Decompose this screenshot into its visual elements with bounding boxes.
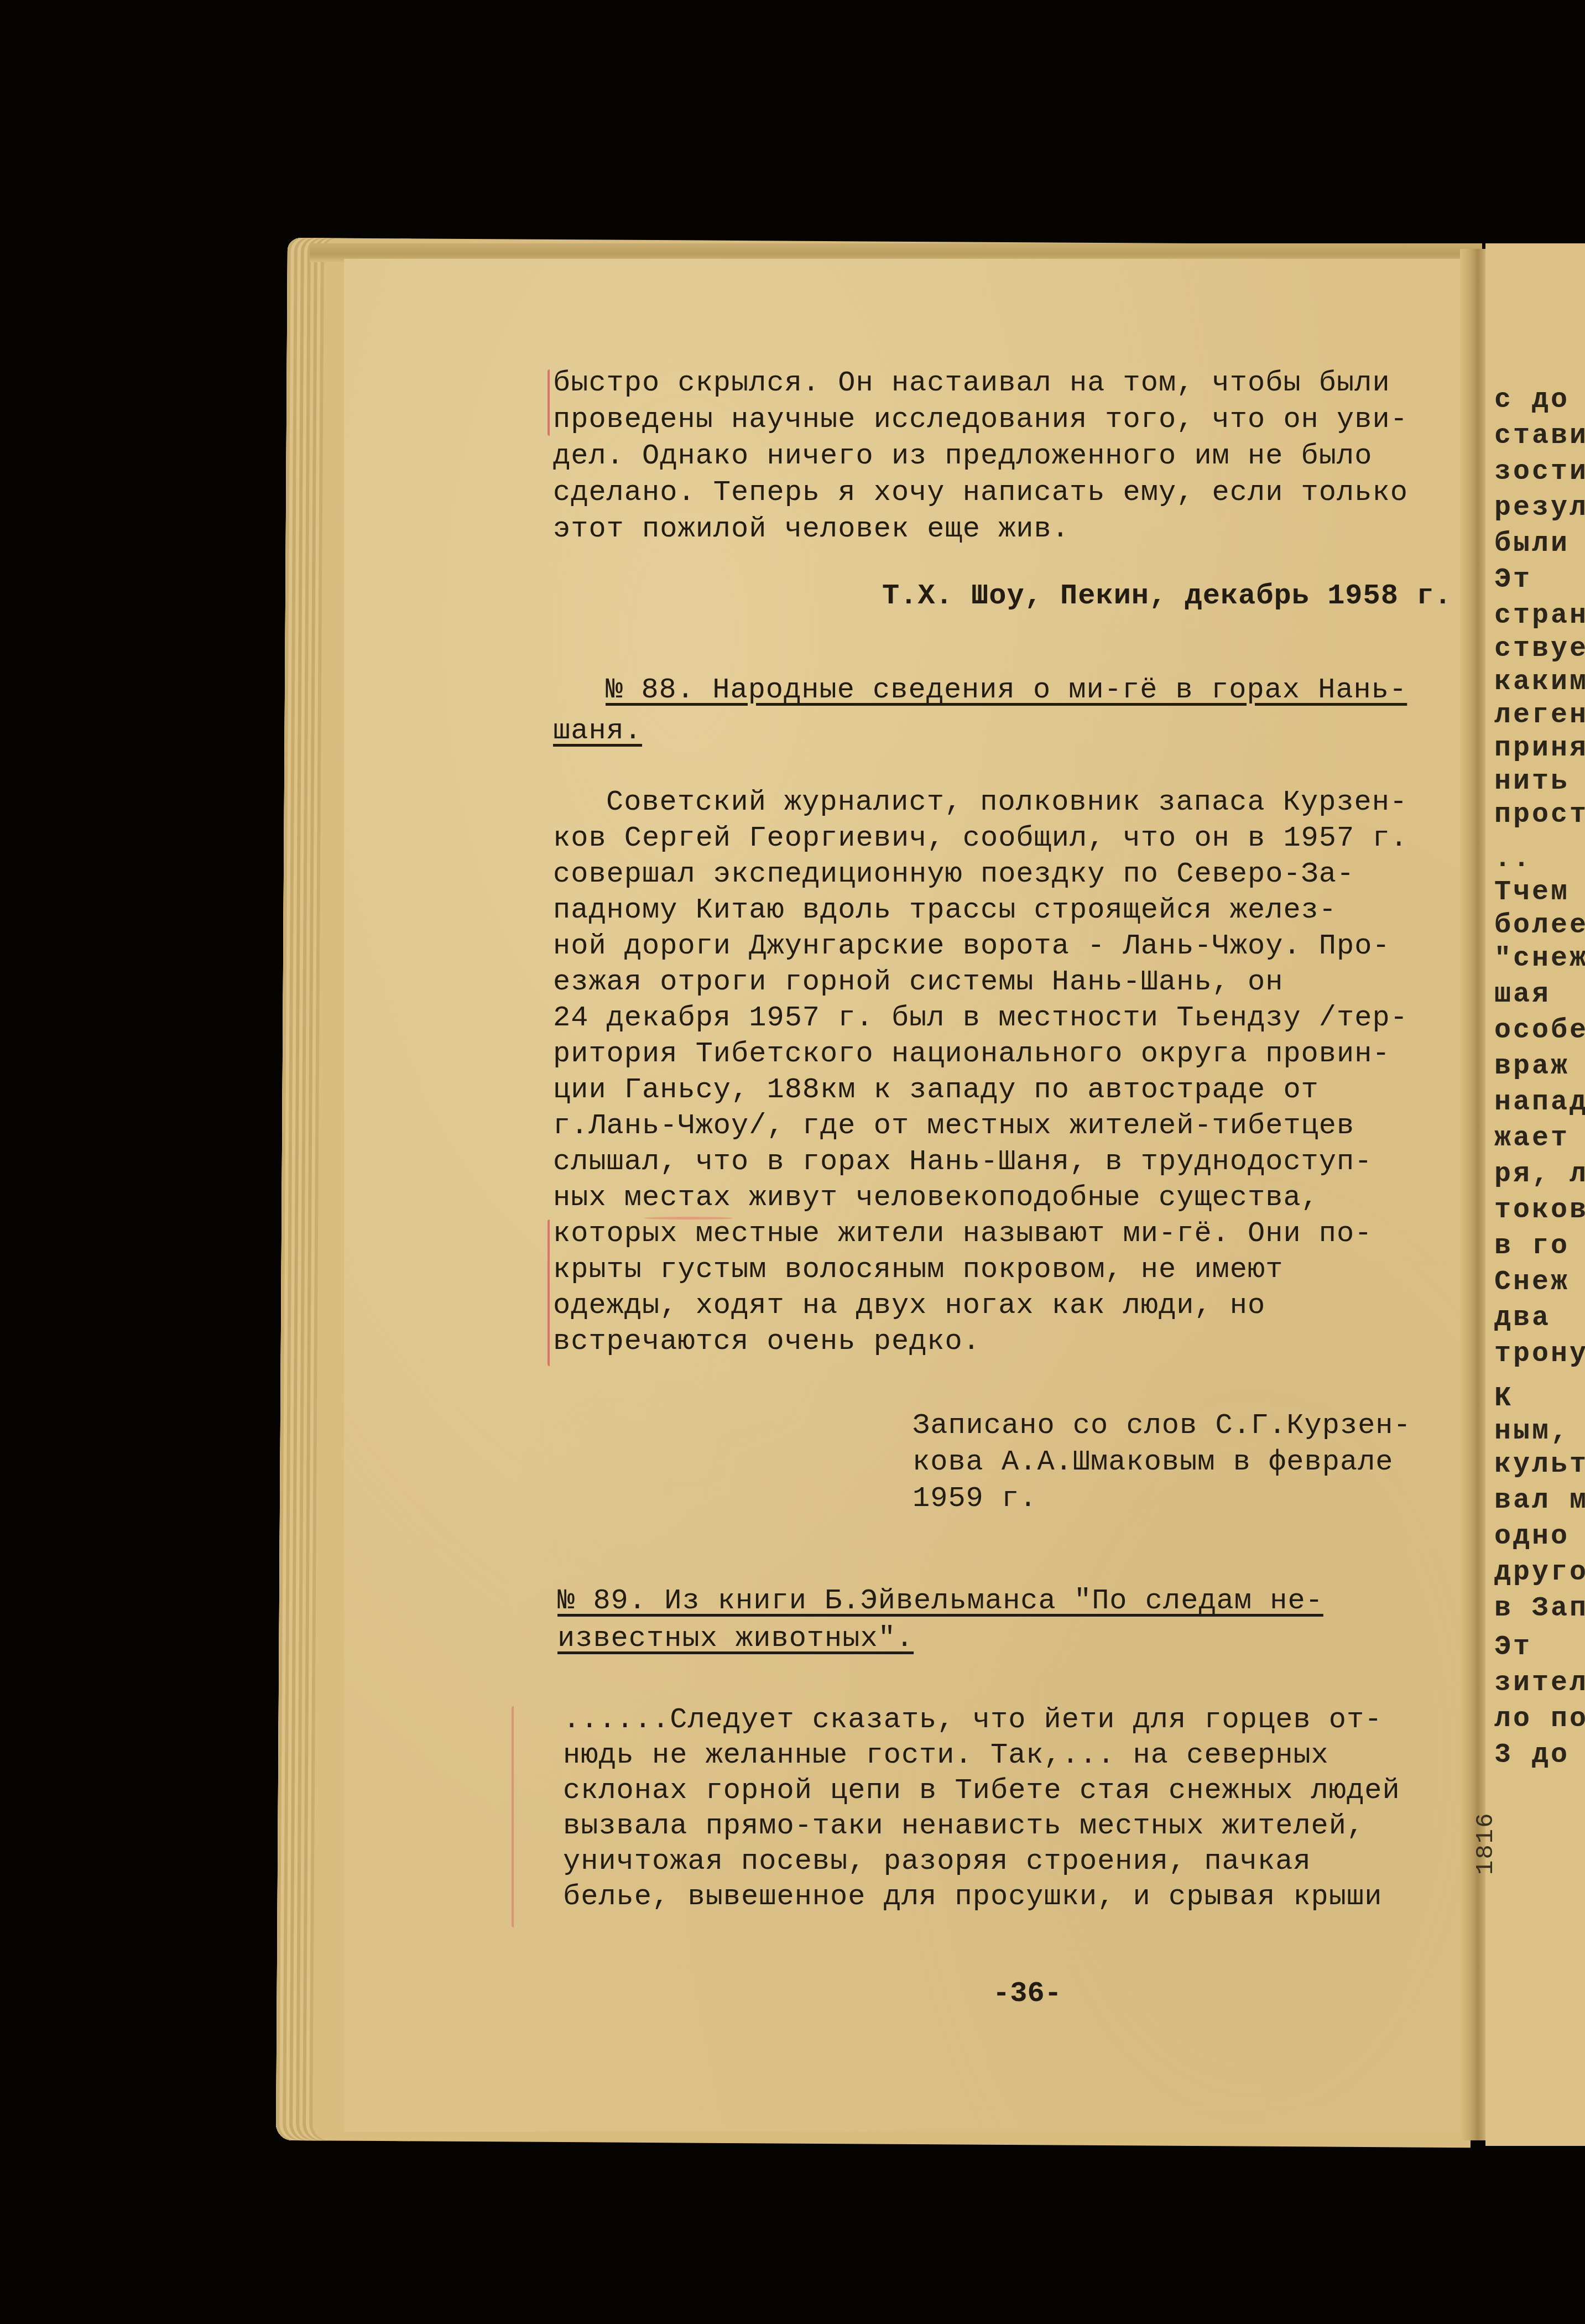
text-line: падному Китаю вдоль трассы строящейся же… <box>553 892 1408 928</box>
text-line: сделано. Теперь я хочу написать ему, есл… <box>553 475 1408 511</box>
entry-88-heading: № 88. Народные сведения о ми-гё в горах … <box>606 672 1407 749</box>
next-page-line: более <box>1494 910 1585 941</box>
text-line: проведены научные исследования того, что… <box>553 402 1408 438</box>
next-page-line: ствуе <box>1494 633 1585 665</box>
next-page-line: К <box>1494 1383 1513 1414</box>
red-pencil-underline <box>644 1217 733 1220</box>
text-line: белье, вывешенное для просушки, и срывая… <box>563 1879 1400 1915</box>
text-line: вызвала прямо-таки ненависть местных жит… <box>563 1809 1400 1844</box>
text-line: дел. Однако ничего из предложенного им н… <box>553 438 1408 475</box>
text-line: слышал, что в горах Нань-Шаня, в труднод… <box>553 1144 1408 1180</box>
text-line: нюдь не желанные гости. Так,... на север… <box>563 1738 1400 1773</box>
text-line: ......Следует сказать, что йети для горц… <box>563 1702 1400 1738</box>
next-page-line: "снеж <box>1494 943 1585 975</box>
entry-89-body: ......Следует сказать, что йети для горц… <box>563 1702 1400 1915</box>
next-page-line: особе <box>1494 1015 1585 1046</box>
text-line: г.Лань-Чжоу/, где от местных жителей-тиб… <box>553 1108 1408 1144</box>
text-line: ции Ганьсу, 188км к западу по автостраде… <box>553 1072 1408 1108</box>
next-page-line: резул <box>1494 492 1585 524</box>
next-page-line: токов <box>1494 1195 1585 1226</box>
text-line: ных местах живут человекоподобные сущест… <box>553 1180 1408 1216</box>
red-pencil-bracket <box>548 1220 550 1366</box>
next-page-line: с до <box>1494 384 1570 416</box>
text-line: совершал экспедиционную поездку по Север… <box>553 856 1408 892</box>
text-line: ной дороги Джунгарские ворота - Лань-Чжо… <box>553 928 1408 964</box>
next-page-line: приня <box>1494 733 1585 764</box>
text-line: кова А.А.Шмаковым в феврале <box>913 1444 1411 1481</box>
next-page-line: зител <box>1494 1668 1585 1699</box>
text-line: склонах горной цепи в Тибете стая снежны… <box>563 1773 1400 1809</box>
next-page-line: Тчем <box>1494 877 1570 908</box>
next-page-line: Эт <box>1494 564 1532 596</box>
text-line: ков Сергей Георгиевич, сообщил, что он в… <box>553 820 1408 856</box>
next-page-line: враж <box>1494 1051 1570 1082</box>
next-page-line: стран <box>1494 600 1585 632</box>
next-page-line: вал м <box>1494 1485 1585 1517</box>
text-line: одежды, ходят на двух ногах как люди, но <box>553 1288 1408 1323</box>
entry-88-body: Советский журналист, полковник запаса Ку… <box>553 784 1408 1359</box>
next-page-line: зости <box>1494 456 1585 488</box>
next-page-line: жает <box>1494 1123 1570 1154</box>
page-number: -36- <box>993 1977 1062 2010</box>
text-line: которых местные жители называют ми-гё. О… <box>553 1216 1408 1252</box>
text-line: уничтожая посевы, разоряя строения, пачк… <box>563 1844 1400 1879</box>
next-page-line: были <box>1494 528 1570 560</box>
heading-line: шаня. <box>553 713 1407 749</box>
text-line: Советский журналист, полковник запаса Ку… <box>553 784 1408 820</box>
next-page-line: два <box>1494 1302 1551 1334</box>
text-line: этот пожилой человек еще жив. <box>553 511 1408 548</box>
text-line: ритория Тибетского национального округа … <box>553 1036 1408 1072</box>
next-page-line: Снеж <box>1494 1267 1570 1298</box>
continuation-paragraph: быстро скрылся. Он настаивал на том, что… <box>553 365 1408 548</box>
next-page-line: одно <box>1494 1521 1570 1552</box>
next-page-line: стави <box>1494 420 1585 452</box>
text-line: езжая отроги горной системы Нань-Шань, о… <box>553 964 1408 1000</box>
next-page-line: напад <box>1494 1087 1585 1118</box>
next-page-line: в Зап <box>1494 1593 1585 1624</box>
signature-shaw: Т.Х. Шоу, Пекин, декабрь 1958 г. <box>882 578 1452 614</box>
next-page-line: нить <box>1494 766 1570 798</box>
text-line: Записано со слов С.Г.Курзен- <box>913 1408 1411 1444</box>
heading-line: № 89. Из книги Б.Эйвельманса "По следам … <box>557 1583 1323 1619</box>
red-pencil-bracket <box>512 1706 514 1927</box>
next-page-line: .. <box>1494 843 1532 875</box>
entry-89-heading: № 89. Из книги Б.Эйвельманса "По следам … <box>557 1583 1323 1657</box>
scanned-book-spread: быстро скрылся. Он настаивал на том, что… <box>0 0 1585 2324</box>
entry-88-source: Записано со слов С.Г.Курзен- кова А.А.Шм… <box>913 1408 1411 1517</box>
next-page-line: ным, <box>1494 1416 1570 1447</box>
text-line: быстро скрылся. Он настаивал на том, что… <box>553 365 1408 402</box>
next-page-line: ло по <box>1494 1703 1585 1735</box>
text-line: 24 декабря 1957 г. был в местности Тьенд… <box>553 1000 1408 1036</box>
next-page-strip: с до стави зости резул были Эт стран ств… <box>1485 243 1585 2146</box>
next-page-line: шая <box>1494 979 1551 1010</box>
text-line: встречаются очень редко. <box>553 1323 1408 1359</box>
next-page-line: леген <box>1494 700 1585 731</box>
next-page-line: в го <box>1494 1231 1570 1262</box>
heading-line: известных животных". <box>557 1620 1323 1657</box>
next-page-line: культ <box>1494 1449 1585 1481</box>
next-page-line: друго <box>1494 1557 1585 1588</box>
text-line: крыты густым волосяным покровом, не имею… <box>553 1252 1408 1288</box>
next-page-line: ря, л <box>1494 1159 1585 1190</box>
next-page-line: трону <box>1494 1338 1585 1370</box>
next-page-line: 3 до <box>1494 1739 1570 1771</box>
next-page-line: Эт <box>1494 1632 1532 1663</box>
archive-number: 1816 <box>1472 1812 1500 1875</box>
text-line: 1959 г. <box>913 1481 1411 1517</box>
next-page-line: прост <box>1494 799 1585 831</box>
next-page-line: каким <box>1494 666 1585 698</box>
red-pencil-bracket <box>548 369 550 436</box>
heading-line: № 88. Народные сведения о ми-гё в горах … <box>606 672 1407 708</box>
